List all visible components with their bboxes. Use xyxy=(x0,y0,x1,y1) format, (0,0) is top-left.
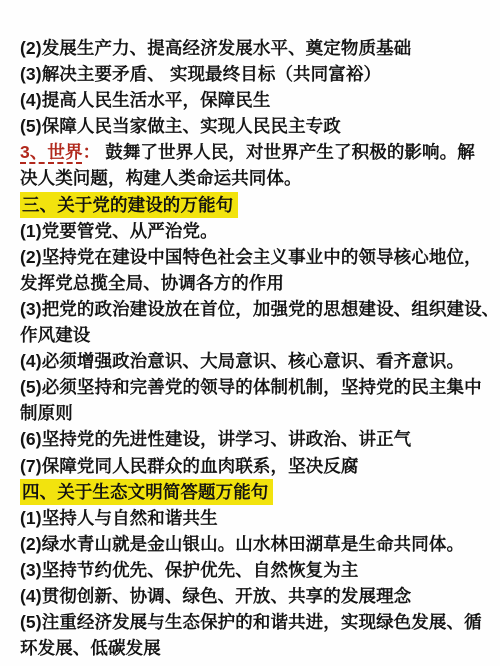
red-lead-colon: ： xyxy=(83,142,101,162)
text-line: (3)把党的政治建设放在首位，加强党的思想建设、组织建设、 xyxy=(20,296,486,322)
text-line: (5)保障人民当家做主、实现人民民主专政 xyxy=(20,113,486,139)
text-line: (4)贯彻创新、协调、绿色、开放、共享的发展理念 xyxy=(20,583,486,609)
text-line: (3)解决主要矛盾、 实现最终目标（共同富裕） xyxy=(20,61,486,87)
text-line: (1)党要管党、从严治党。 xyxy=(20,218,486,244)
section-heading-highlight: 四、关于生态文明简答题万能句 xyxy=(20,479,273,505)
text-line: (2)绿水青山就是金山银山。山水林田湖草是生命共同体。 xyxy=(20,531,486,557)
text-line-with-red-lead: 3、世界： 鼓舞了世界人民，对世界产生了积极的影响。解 xyxy=(20,139,486,165)
text-line-body: 鼓舞了世界人民，对世界产生了积极的影响。解 xyxy=(105,142,475,162)
red-underlined-lead: 3、世界 xyxy=(20,142,83,162)
section-heading-highlight: 三、关于党的建设的万能句 xyxy=(20,192,238,218)
text-line: (2)发展生产力、提高经济发展水平、奠定物质基础 xyxy=(20,35,486,61)
notes-page: (2)发展生产力、提高经济发展水平、奠定物质基础(3)解决主要矛盾、 实现最终目… xyxy=(0,0,500,666)
text-line: (2)坚持党在建设中国特色社会主义事业中的领导核心地位， xyxy=(20,244,486,270)
text-line: (5)必须坚持和完善党的领导的体制机制，坚持党的民主集中 xyxy=(20,374,486,400)
section-heading: 三、关于党的建设的万能句 xyxy=(20,192,486,218)
text-line: (4)提高人民生活水平，保障民生 xyxy=(20,87,486,113)
text-line: (5)注重经济发展与生态保护的和谐共进，实现绿色发展、循 xyxy=(20,609,486,635)
notes-content: (2)发展生产力、提高经济发展水平、奠定物质基础(3)解决主要矛盾、 实现最终目… xyxy=(20,35,486,661)
text-line: 环发展、低碳发展 xyxy=(20,635,486,661)
text-line: 发挥党总揽全局、协调各方的作用 xyxy=(20,270,486,296)
text-line: (3)坚持节约优先、保护优先、自然恢复为主 xyxy=(20,557,486,583)
text-line: (4)必须增强政治意识、大局意识、核心意识、看齐意识。 xyxy=(20,348,486,374)
text-line: (1)坚持人与自然和谐共生 xyxy=(20,505,486,531)
text-line: (6)坚持党的先进性建设，讲学习、讲政治、讲正气 xyxy=(20,426,486,452)
text-line: 作风建设 xyxy=(20,322,486,348)
text-line: 决人类问题，构建人类命运共同体。 xyxy=(20,165,486,191)
section-heading: 四、关于生态文明简答题万能句 xyxy=(20,479,486,505)
text-line: 制原则 xyxy=(20,400,486,426)
text-line: (7)保障党同人民群众的血肉联系，坚决反腐 xyxy=(20,453,486,479)
